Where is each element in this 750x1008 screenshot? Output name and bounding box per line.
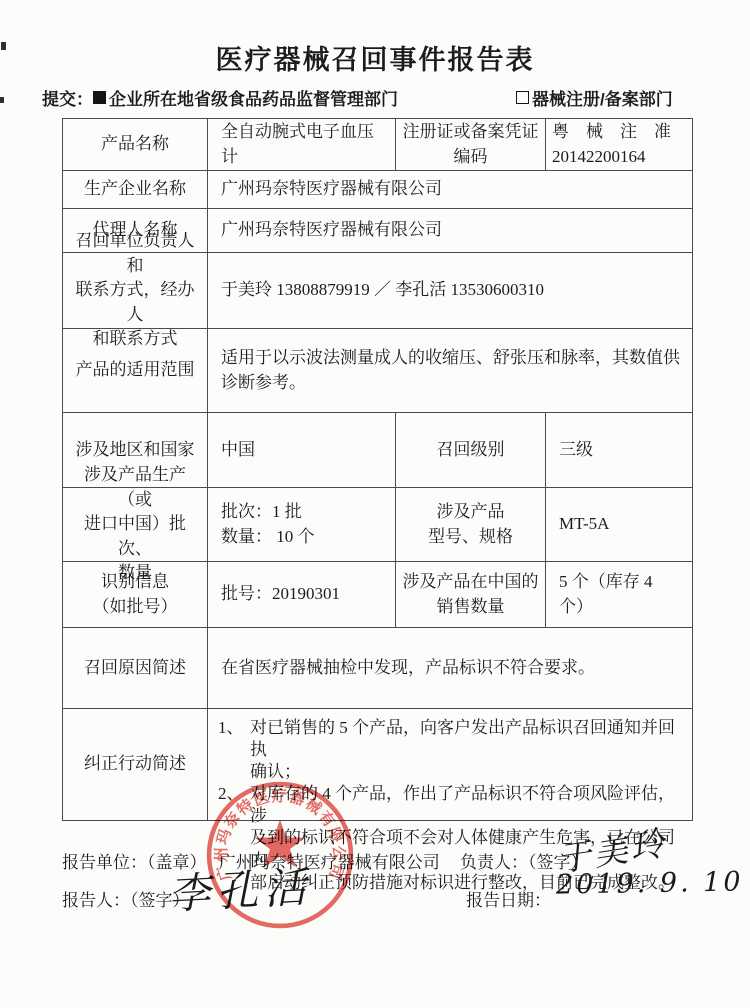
report-table: 产品名称 全自动腕式电子血压计 注册证或备案凭证 编码 粤 械 注 准 2014…: [62, 118, 693, 821]
recall-level-label: 召回级别: [396, 413, 546, 488]
recall-contact-label: 召回单位负责人和 联系方式，经办人 和联系方式: [63, 253, 208, 329]
sales-qty-label: 涉及产品在中国的 销售数量: [396, 562, 546, 628]
report-date-line: 报告日期：: [466, 886, 551, 911]
company-seal-stamp: 广州玛奈特医疗器械有限公司: [204, 779, 356, 931]
reg-cert-value: 粤 械 注 准 20142200164: [546, 119, 693, 171]
batch-qty-label: 涉及产品生产（或 进口中国）批次、 数量: [63, 488, 208, 562]
recall-reason-value: 在省医疗器械抽检中发现，产品标识不符合要求。: [208, 628, 693, 709]
recall-contact-value: 于美玲 13808879919 ／ 李孔活 13530600310: [208, 253, 693, 329]
submit-option-province: 企业所在地省级食品药品监督管理部门: [93, 85, 398, 110]
reg-cert-label: 注册证或备案凭证 编码: [396, 119, 546, 171]
submit-option-province-label: 企业所在地省级食品药品监督管理部门: [109, 85, 398, 110]
submit-option-registry-label: 器械注册/备案部门: [532, 85, 673, 110]
batch-qty-value: 批次：1 批 数量： 10 个: [208, 488, 396, 562]
model-spec-label: 涉及产品 型号、规格: [396, 488, 546, 562]
product-name-label: 产品名称: [63, 119, 208, 171]
page-title: 医疗器械召回事件报告表: [0, 38, 750, 77]
submit-option-registry: 器械注册/备案部门: [516, 85, 673, 110]
id-info-label: 识别信息 （如批号）: [63, 562, 208, 628]
seal-star-icon: [255, 820, 305, 868]
submit-line: 提交： 企业所在地省级食品药品监督管理部门 器械注册/备案部门: [42, 85, 722, 110]
scope-value: 适用于以示波法测量成人的收缩压、舒张压和脉率，其数值供 诊断参考。: [208, 329, 693, 413]
scan-speck: [1, 42, 6, 50]
recall-level-value: 三级: [546, 413, 693, 488]
corrective-action-item-1-number: 1、: [218, 717, 250, 739]
reg-cert-value-line2: 20142200164: [552, 145, 686, 170]
manufacturer-value: 广州玛奈特医疗器械有限公司: [208, 171, 693, 209]
model-spec-value: MT-5A: [546, 488, 693, 562]
corrective-action-item-1-text: 对已销售的 5 个产品，向客户发出产品标识召回通知并回执 确认；: [250, 717, 684, 783]
checked-checkbox-icon: [93, 91, 106, 104]
id-info-value: 批号：20190301: [208, 562, 396, 628]
recall-reason-label: 召回原因简述: [63, 628, 208, 709]
product-name-value: 全自动腕式电子血压计: [208, 119, 396, 171]
report-date-handwriting: 2019. 9. 10: [556, 866, 744, 900]
unchecked-checkbox-icon: [516, 91, 529, 104]
report-date-label: 报告日期：: [466, 891, 551, 910]
submit-label: 提交：: [42, 85, 93, 110]
scope-label: 产品的适用范围: [63, 329, 208, 413]
scan-speck: [0, 97, 4, 103]
agent-value: 广州玛奈特医疗器械有限公司: [208, 209, 693, 253]
corrective-action-item-1: 1、 对已销售的 5 个产品，向客户发出产品标识召回通知并回执 确认；: [218, 717, 684, 783]
region-value: 中国: [208, 413, 396, 488]
corrective-action-label: 纠正行动简述: [63, 709, 208, 821]
sales-qty-value: 5 个（库存 4 个）: [546, 562, 693, 628]
reg-cert-value-line1: 粤 械 注 准: [552, 120, 686, 145]
manufacturer-label: 生产企业名称: [63, 171, 208, 209]
